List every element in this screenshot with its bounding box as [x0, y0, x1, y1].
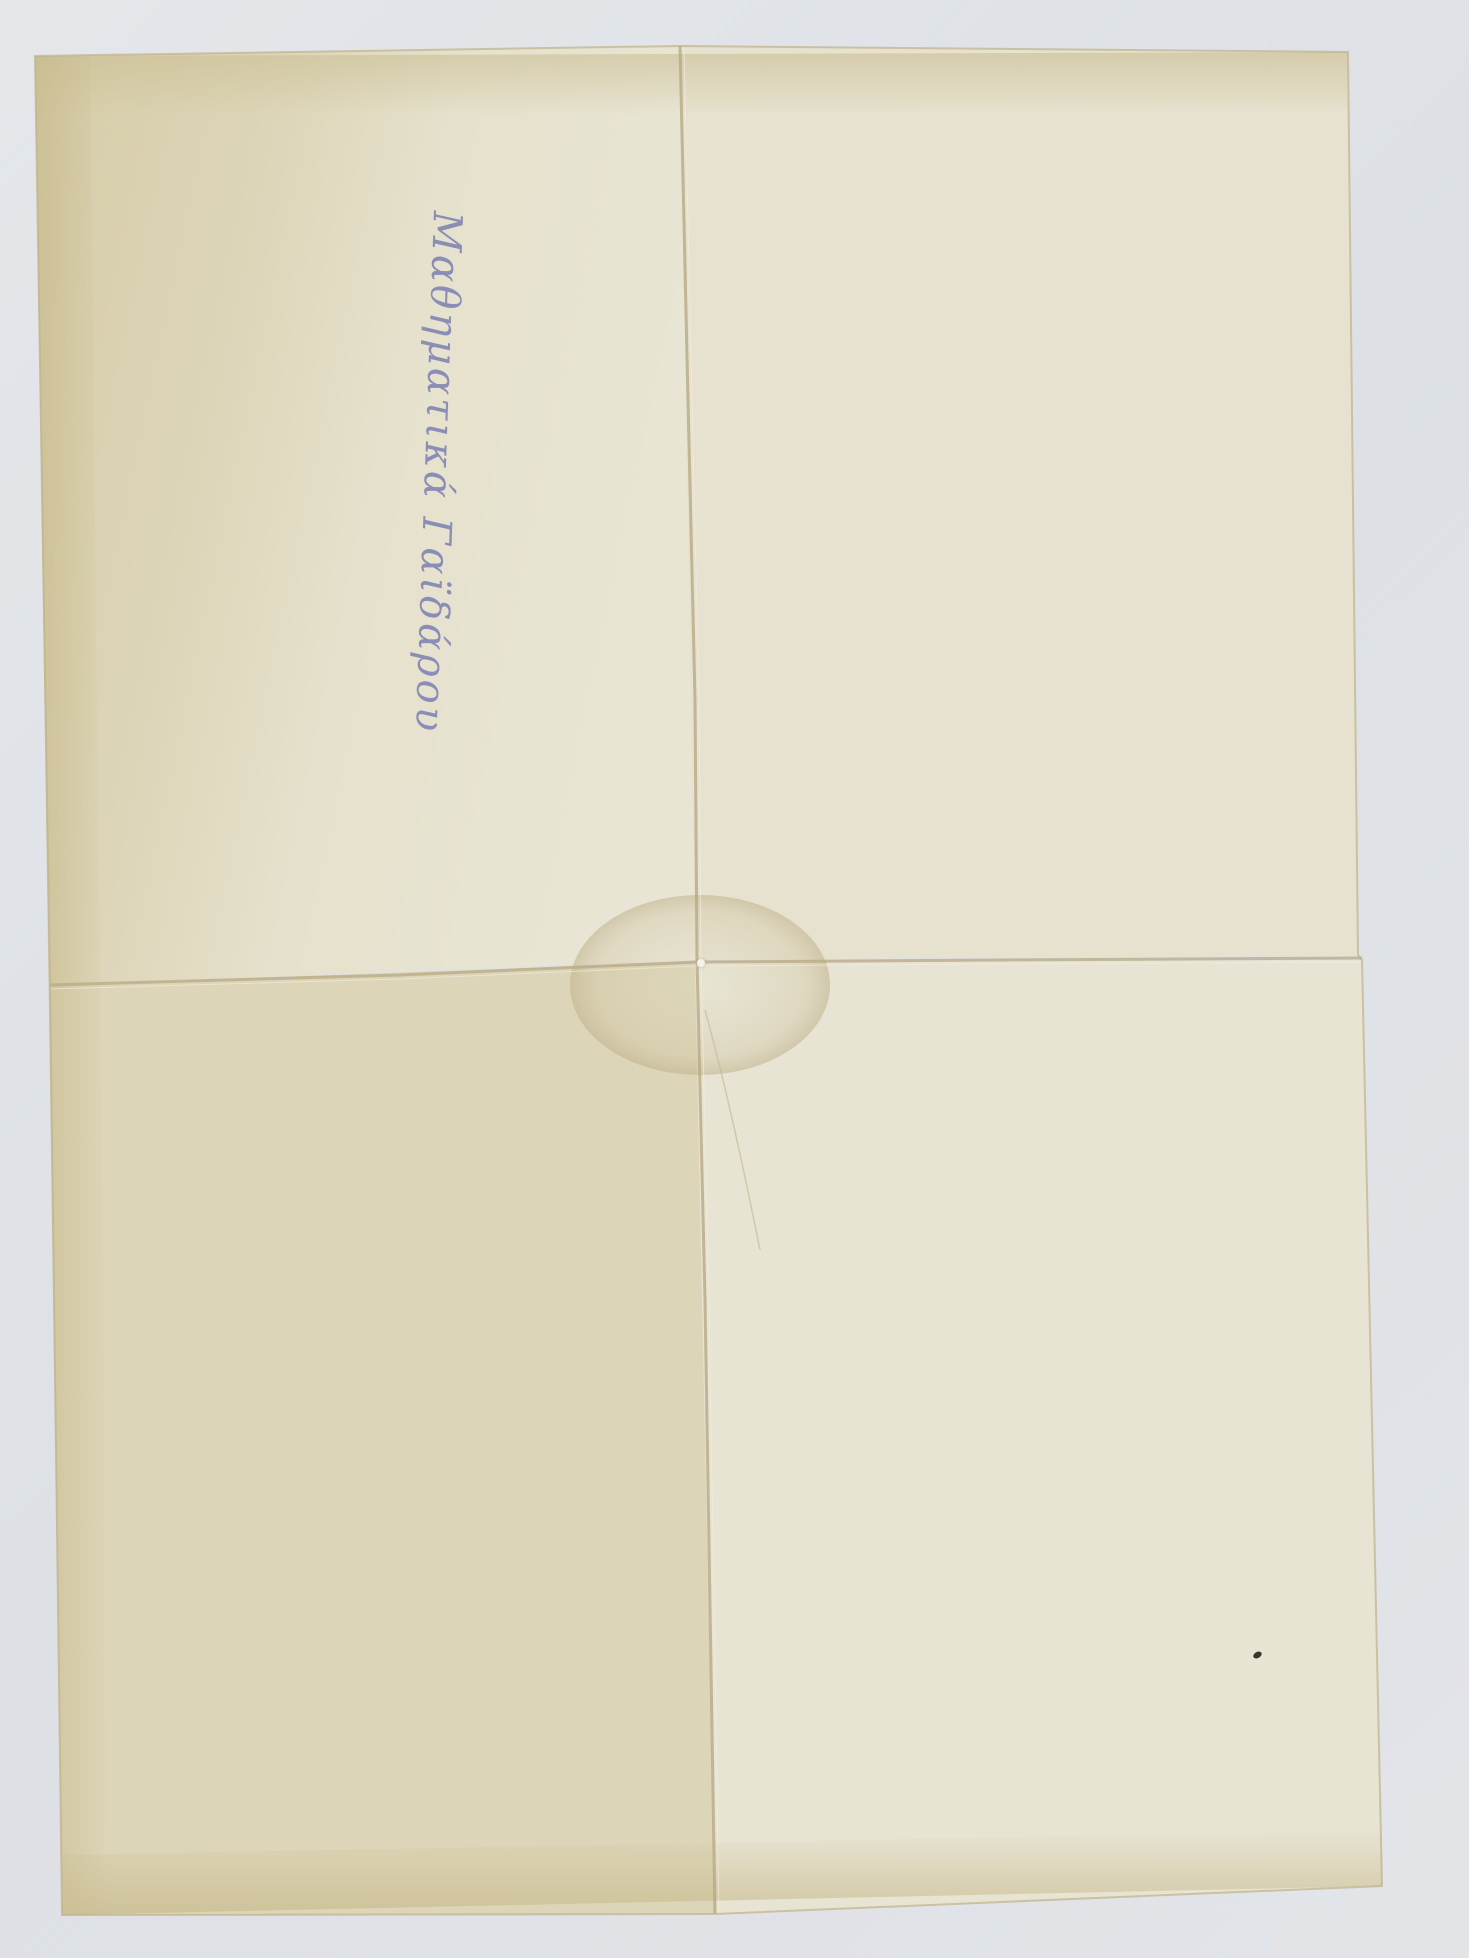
- paper-sheet: Μαθηματικά Γαϊδάρου: [0, 0, 1469, 1958]
- paper-sheet-graphic: [0, 0, 1469, 1958]
- paper-quadrant-top-left: [35, 46, 695, 985]
- fold-center-hole: [697, 959, 705, 967]
- paper-quadrant-top-right: [680, 46, 1358, 960]
- paper-quadrant-bottom-right: [695, 960, 1382, 1914]
- paper-quadrant-bottom-left: [50, 962, 715, 1915]
